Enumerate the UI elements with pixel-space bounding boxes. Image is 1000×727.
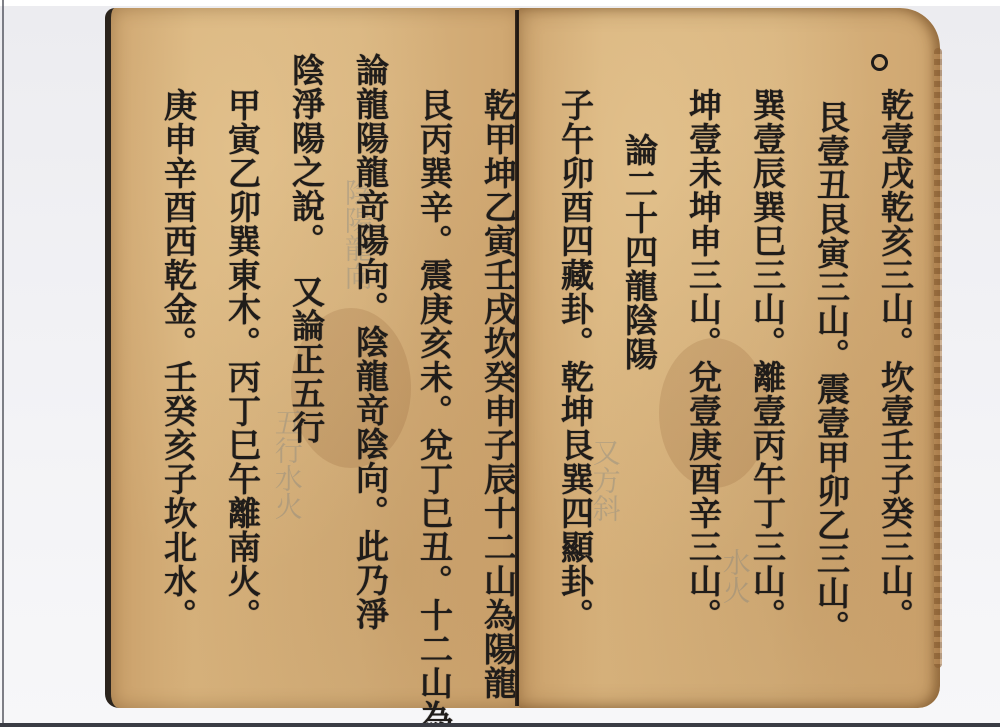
text-column: 陰淨陽之說。 又論正五行 [259,8,323,708]
text-column: 甲寅乙卯巽東木。丙丁巳午離南火。 [195,8,259,708]
section-heading-column: 論二十四龍陰陽 [592,8,656,708]
text-column: 子午卯酉四藏卦。乾坤艮巽四顯卦。 [528,8,592,708]
text-column: 坤壹未坤申三山。兌壹庚酉辛三山。 [656,8,720,708]
scanner-left-edge [2,0,4,727]
scanner-top-edge [0,0,1000,6]
text-column: 乾壹戌乾亥三山。坎壹壬子癸三山。 [848,8,912,708]
left-page: 陰陽龍向 五行水火 乾甲坤乙寅壬戌坎癸申子辰十二山為陽龍 艮丙巽辛。震庚亥未。兌… [105,8,523,708]
scanner-bottom-edge [0,723,1000,727]
text-column: 乾甲坤乙寅壬戌坎癸申子辰十二山為陽龍 [451,8,515,708]
right-page-text-columns: 乾壹戌乾亥三山。坎壹壬子癸三山。 艮壹丑艮寅三山。震壹甲卯乙三山。 巽壹辰巽巳三… [525,8,912,708]
open-manuscript-book: 陰陽龍向 五行水火 乾甲坤乙寅壬戌坎癸申子辰十二山為陽龍 艮丙巽辛。震庚亥未。兌… [105,8,940,708]
right-page: 又方斜 水火 乾壹戌乾亥三山。坎壹壬子癸三山。 艮壹丑艮寅三山。震壹甲卯乙三山。… [519,8,940,708]
text-column: 艮壹丑艮寅三山。震壹甲卯乙三山。 [784,8,848,708]
page-edge-wear [934,48,942,668]
text-column: 巽壹辰巽巳三山。離壹丙午丁三山。 [720,8,784,708]
left-page-text-columns: 乾甲坤乙寅壬戌坎癸申子辰十二山為陽龍 艮丙巽辛。震庚亥未。兌丁巳丑。十二山為陰龍… [125,8,515,708]
text-column: 論龍陽龍竒陽向。陰龍竒陰向。此乃淨 [323,8,387,708]
text-column: 庚申辛酉西乾金。壬癸亥子坎北水。 [131,8,195,708]
text-column: 艮丙巽辛。震庚亥未。兌丁巳丑。十二山為陰龍。 [387,8,451,708]
